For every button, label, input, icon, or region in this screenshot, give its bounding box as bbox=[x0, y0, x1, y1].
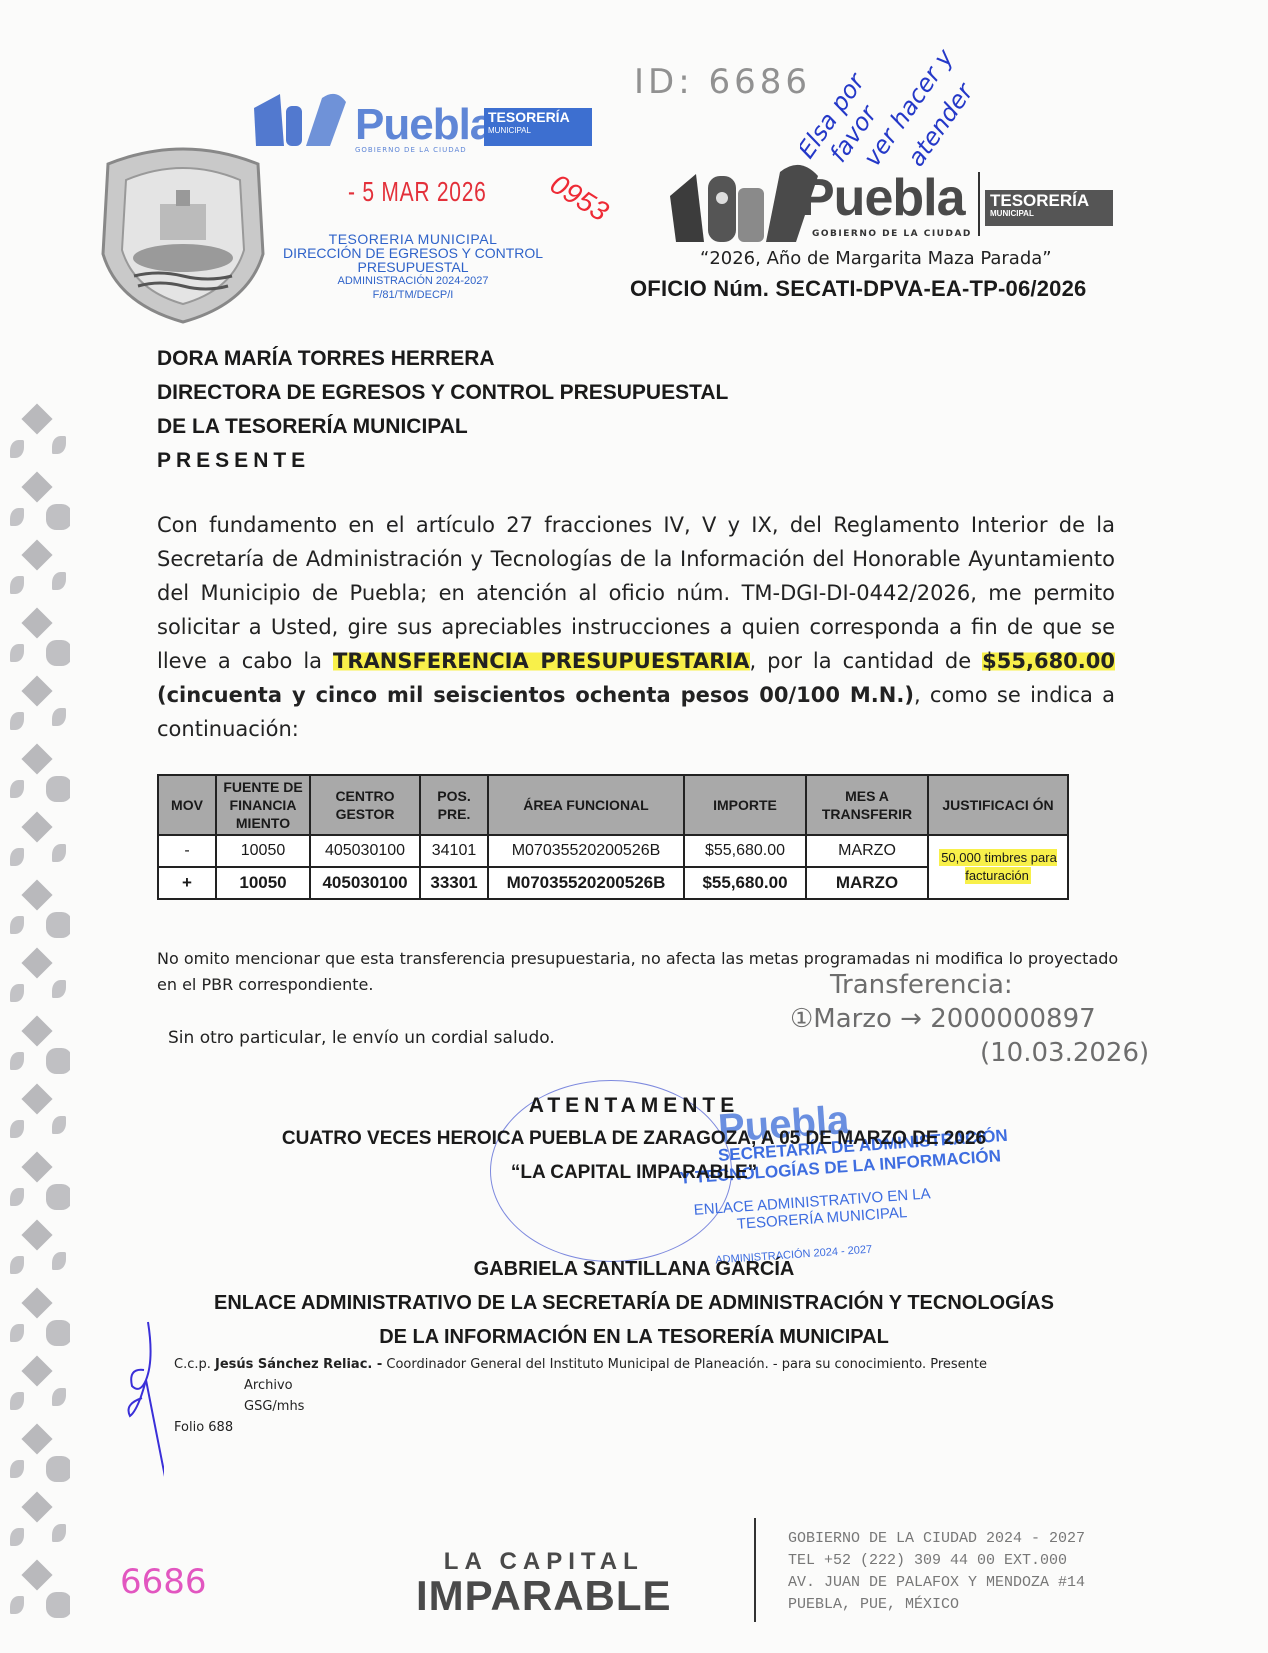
handwritten-line: ①Marzo → 2000000897 bbox=[790, 1002, 1149, 1036]
cell-fuente: 10050 bbox=[216, 867, 310, 899]
handwritten-line: Transferencia: bbox=[830, 968, 1149, 1002]
pattern-ornament bbox=[46, 1184, 70, 1210]
pattern-ornament bbox=[10, 1460, 24, 1478]
footer-address: GOBIERNO DE LA CIUDAD 2024 - 2027 TEL +5… bbox=[788, 1528, 1085, 1616]
pattern-ornament bbox=[10, 712, 24, 730]
logo-puebla-word: Puebla bbox=[800, 168, 965, 228]
pattern-diamond bbox=[21, 675, 52, 706]
justification-text: 50,000 timbres para facturación bbox=[939, 849, 1057, 884]
logo-municipal-label: MUNICIPAL bbox=[990, 209, 1108, 218]
signer-name: GABRIELA SANTILLANA GARCÍA bbox=[0, 1258, 1268, 1281]
closing-line: Sin otro particular, le envío un cordial… bbox=[168, 1028, 555, 1048]
ccp-text: Coordinador General del Instituto Munici… bbox=[382, 1357, 987, 1372]
pattern-ornament bbox=[52, 436, 66, 454]
handwritten-id: ID: 6686 bbox=[634, 62, 811, 102]
stamp-puebla-word: Puebla bbox=[355, 100, 493, 150]
handwritten-note-icon: Elsa por favor ver hacer y atender bbox=[800, 40, 1030, 170]
pattern-ornament bbox=[52, 572, 66, 590]
pattern-diamond bbox=[21, 1219, 52, 1250]
pattern-diamond bbox=[21, 403, 52, 434]
pattern-diamond bbox=[21, 1491, 52, 1522]
pattern-ornament bbox=[10, 1188, 24, 1206]
city-shield-seal-icon bbox=[88, 134, 278, 324]
body-paragraph: Con fundamento en el artículo 27 fraccio… bbox=[157, 508, 1115, 746]
pattern-ornament bbox=[52, 844, 66, 862]
cell-importe: $55,680.00 bbox=[684, 867, 806, 899]
pattern-ornament bbox=[46, 1456, 70, 1482]
col-mov: MOV bbox=[158, 775, 216, 835]
folio-label: Folio 688 bbox=[174, 1420, 233, 1435]
pattern-diamond bbox=[21, 471, 52, 502]
pattern-ornament bbox=[52, 708, 66, 726]
logo-tesoreria-label: TESORERÍA bbox=[990, 191, 1089, 210]
cell-mov: - bbox=[158, 835, 216, 867]
pattern-ornament bbox=[46, 912, 70, 938]
handwritten-instruction: Elsa por favor ver hacer y atender bbox=[800, 40, 1030, 170]
oficio-number: OFICIO Núm. SECATI-DPVA-EA-TP-06/2026 bbox=[630, 276, 1086, 302]
logo-gobierno-label: GOBIERNO DE LA CIUDAD bbox=[812, 229, 972, 239]
col-centro: CENTRO GESTOR bbox=[310, 775, 420, 835]
pattern-diamond bbox=[21, 607, 52, 638]
pattern-ornament bbox=[10, 440, 24, 458]
stamp-municipal-label: MUNICIPAL bbox=[488, 126, 592, 136]
ccp-prefix: C.c.p. bbox=[174, 1357, 215, 1372]
stamp-line: PRESUPUESTAL bbox=[268, 260, 558, 274]
amount-in-words: (cincuenta y cinco mil seiscientos ochen… bbox=[157, 683, 914, 707]
address-line: TEL +52 (222) 309 44 00 EXT.000 bbox=[788, 1550, 1085, 1572]
pattern-diamond bbox=[21, 1015, 52, 1046]
ccp-line: C.c.p. Jesús Sánchez Reliac. - Coordinad… bbox=[174, 1354, 987, 1375]
pattern-diamond bbox=[21, 811, 52, 842]
cell-area: M07035520200526B bbox=[488, 835, 684, 867]
ccp-name: Jesús Sánchez Reliac. - bbox=[215, 1357, 382, 1372]
pattern-ornament bbox=[10, 508, 24, 526]
pattern-ornament bbox=[52, 980, 66, 998]
pattern-ornament bbox=[10, 780, 24, 798]
col-importe: IMPORTE bbox=[684, 775, 806, 835]
pattern-ornament bbox=[10, 1528, 24, 1546]
handwritten-transfer-note: Transferencia: ①Marzo → 2000000897 (10.0… bbox=[830, 968, 1149, 1070]
footer-logo-line: IMPARABLE bbox=[416, 1576, 672, 1616]
atentamente-label: ATENTAMENTE bbox=[0, 1094, 1268, 1118]
col-area: ÁREA FUNCIONAL bbox=[488, 775, 684, 835]
pattern-ornament bbox=[10, 916, 24, 934]
address-line: AV. JUAN DE PALAFOX Y MENDOZA #14 bbox=[788, 1572, 1085, 1594]
pattern-diamond bbox=[21, 743, 52, 774]
cell-mes: MARZO bbox=[806, 835, 928, 867]
pattern-diamond bbox=[21, 539, 52, 570]
initials-label: GSG/mhs bbox=[244, 1396, 987, 1417]
pattern-ornament bbox=[10, 1052, 24, 1070]
presente-label: PRESENTE bbox=[157, 444, 728, 478]
body-text: , por la cantidad de bbox=[750, 649, 983, 673]
ccp-block: C.c.p. Jesús Sánchez Reliac. - Coordinad… bbox=[174, 1354, 987, 1438]
pattern-ornament bbox=[52, 1524, 66, 1542]
pattern-ornament bbox=[10, 848, 24, 866]
pattern-ornament bbox=[46, 504, 70, 530]
folio-number-stamp: 0953 bbox=[544, 168, 614, 228]
handwritten-line: (10.03.2026) bbox=[980, 1036, 1149, 1070]
col-pos: POS. PRE. bbox=[420, 775, 488, 835]
highlighted-transfer-label: TRANSFERENCIA PRESUPUESTARIA bbox=[333, 649, 750, 673]
city-date-line: CUATRO VECES HEROICA PUEBLA DE ZARAGOZA,… bbox=[0, 1128, 1268, 1150]
addressee-name: DORA MARÍA TORRES HERRERA bbox=[157, 342, 728, 376]
stamp-line: TESORERIA MUNICIPAL bbox=[268, 232, 558, 246]
pattern-ornament bbox=[46, 640, 70, 666]
cell-pos: 34101 bbox=[420, 835, 488, 867]
cell-area: M07035520200526B bbox=[488, 867, 684, 899]
pattern-ornament bbox=[46, 776, 70, 802]
archivo-label: Archivo bbox=[244, 1375, 987, 1396]
cell-centro: 405030100 bbox=[310, 835, 420, 867]
pattern-ornament bbox=[10, 1596, 24, 1614]
footer-divider bbox=[754, 1518, 756, 1622]
col-justificacion: JUSTIFICACI ÓN bbox=[928, 775, 1068, 835]
signer-title: ENLACE ADMINISTRATIVO DE LA SECRETARÍA D… bbox=[0, 1292, 1268, 1315]
cell-centro: 405030100 bbox=[310, 867, 420, 899]
pattern-diamond bbox=[21, 879, 52, 910]
logo-tesoreria-box: TESORERÍA MUNICIPAL bbox=[985, 190, 1113, 226]
puebla-emblem-stamp-icon bbox=[250, 88, 350, 150]
col-fuente: FUENTE DE FINANCIA MIENTO bbox=[216, 775, 310, 835]
table-header-row: MOV FUENTE DE FINANCIA MIENTO CENTRO GES… bbox=[158, 775, 1068, 835]
logo-divider bbox=[978, 172, 980, 236]
budget-transfer-table: MOV FUENTE DE FINANCIA MIENTO CENTRO GES… bbox=[157, 774, 1069, 900]
received-date-stamp: - 5 MAR 2026 bbox=[348, 176, 487, 208]
pattern-diamond bbox=[21, 1423, 52, 1454]
stamp-tesoreria-label: TESORERÍA bbox=[488, 109, 570, 125]
pattern-ornament bbox=[52, 1388, 66, 1406]
slogan-line: “LA CAPITAL IMPARABLE” bbox=[0, 1162, 1268, 1184]
pattern-ornament bbox=[46, 1048, 70, 1074]
address-line: GOBIERNO DE LA CIUDAD 2024 - 2027 bbox=[788, 1528, 1085, 1550]
pattern-diamond bbox=[21, 947, 52, 978]
decorative-side-border bbox=[8, 400, 70, 1640]
received-stamp-text: TESORERIA MUNICIPAL DIRECCIÓN DE EGRESOS… bbox=[268, 232, 558, 302]
year-motto: “2026, Año de Margarita Maza Parada” bbox=[700, 248, 1052, 269]
table-row: - 10050 405030100 34101 M07035520200526B… bbox=[158, 835, 1068, 867]
pattern-ornament bbox=[46, 1592, 70, 1618]
cell-pos: 33301 bbox=[420, 867, 488, 899]
stamp-tesoreria-box: TESORERÍA MUNICIPAL bbox=[484, 108, 592, 146]
addressee-department: DE LA TESORERÍA MUNICIPAL bbox=[157, 410, 728, 444]
stamp-line: ADMINISTRACIÓN 2024-2027 bbox=[268, 274, 558, 288]
cell-mes: MARZO bbox=[806, 867, 928, 899]
cell-importe: $55,680.00 bbox=[684, 835, 806, 867]
pattern-diamond bbox=[21, 1559, 52, 1590]
signer-title-cont: DE LA INFORMACIÓN EN LA TESORERÍA MUNICI… bbox=[0, 1326, 1268, 1349]
stamp-gov-label: GOBIERNO DE LA CIUDAD bbox=[355, 146, 467, 154]
handwritten-initial-icon bbox=[124, 1320, 164, 1500]
pattern-ornament bbox=[10, 644, 24, 662]
addressee-block: DORA MARÍA TORRES HERRERA DIRECTORA DE E… bbox=[157, 342, 728, 478]
pattern-ornament bbox=[10, 576, 24, 594]
cell-mov: + bbox=[158, 867, 216, 899]
highlighted-amount: $55,680.00 bbox=[982, 649, 1115, 673]
stamp-line: F/81/TM/DECP/I bbox=[268, 288, 558, 302]
pattern-ornament bbox=[10, 984, 24, 1002]
cell-fuente: 10050 bbox=[216, 835, 310, 867]
cell-justificacion: 50,000 timbres para facturación bbox=[928, 835, 1068, 899]
pattern-ornament bbox=[10, 1392, 24, 1410]
col-mes: MES A TRANSFERIR bbox=[806, 775, 928, 835]
pattern-diamond bbox=[21, 1355, 52, 1386]
handwritten-bottom-number: 6686 bbox=[120, 1562, 207, 1602]
address-line: PUEBLA, PUE, MÉXICO bbox=[788, 1594, 1085, 1616]
footer-logo: LA CAPITAL IMPARABLE bbox=[416, 1548, 672, 1616]
addressee-title: DIRECTORA DE EGRESOS Y CONTROL PRESUPUES… bbox=[157, 376, 728, 410]
stamp-line: DIRECCIÓN DE EGRESOS Y CONTROL bbox=[268, 246, 558, 260]
